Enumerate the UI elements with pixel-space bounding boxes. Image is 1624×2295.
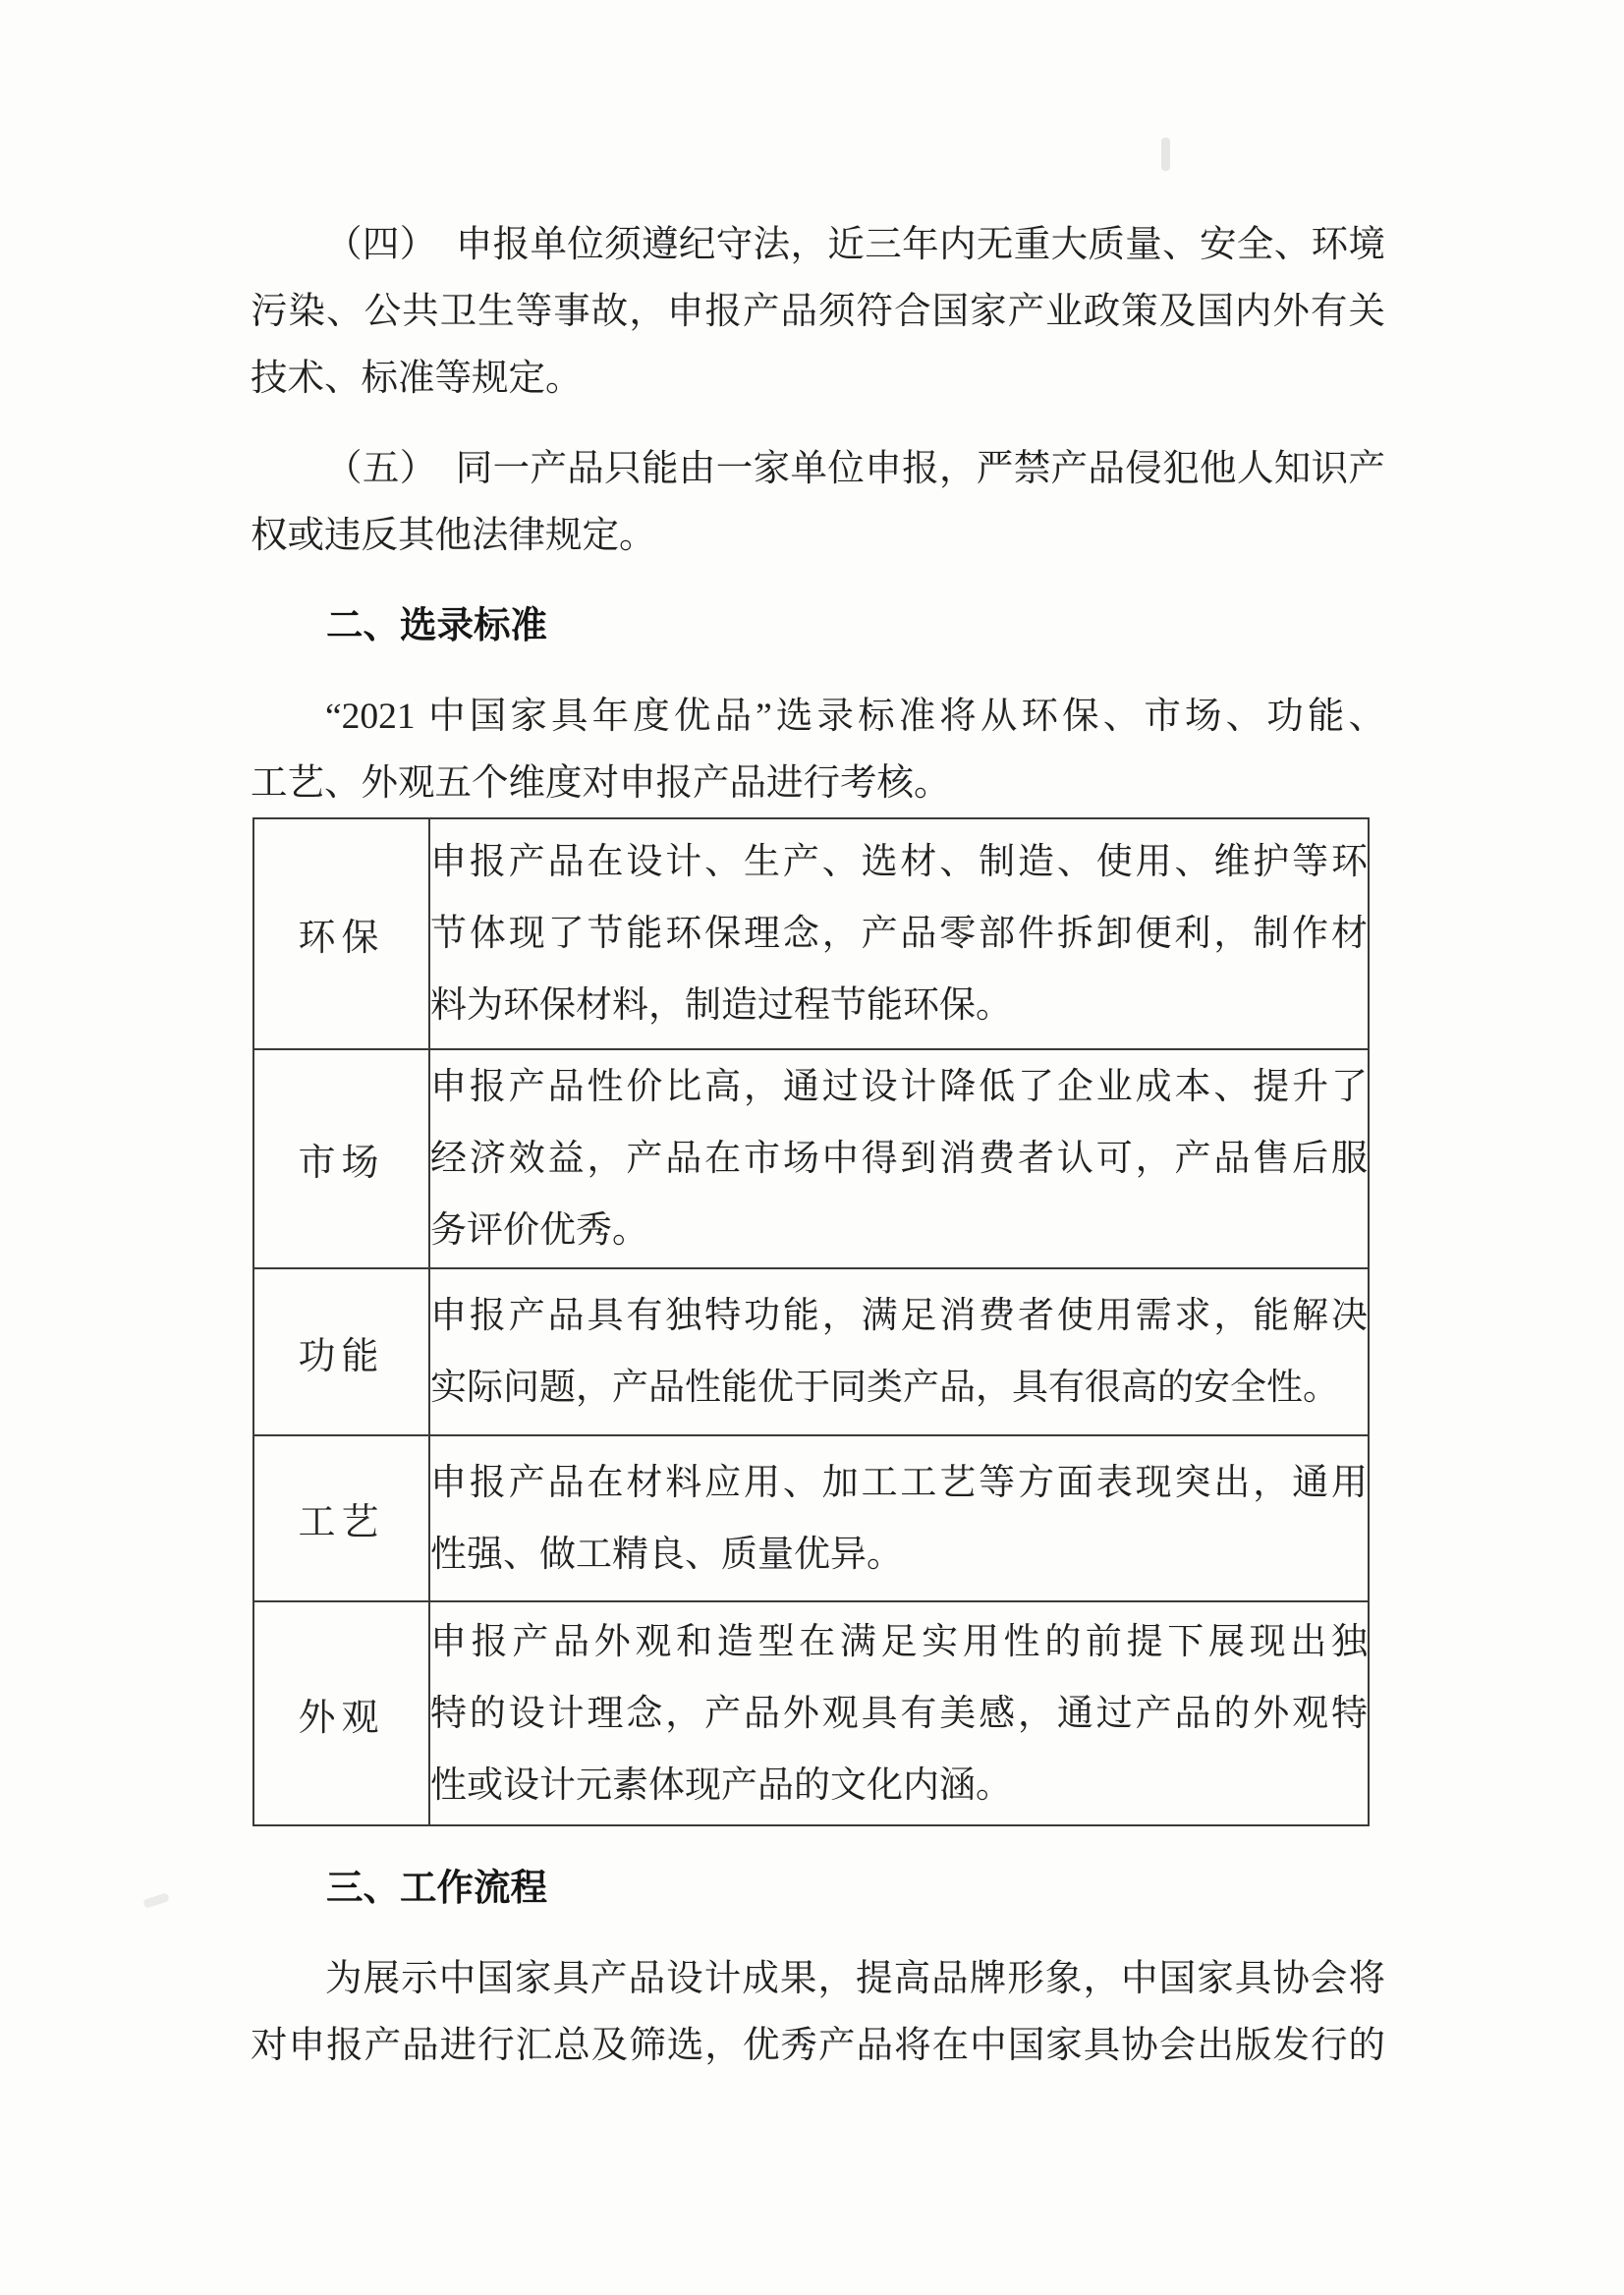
text-line: 污染、公共卫生等事故，申报产品须符合国家产业政策及国内外有关	[251, 279, 1385, 346]
cell-line: 经济效益，产品在市场中得到消费者认可，产品售后服	[430, 1123, 1368, 1195]
criteria-label-cell: 环保	[253, 818, 429, 1049]
section-heading-criteria: 二、选录标准	[251, 593, 1385, 660]
paragraph-workflow: 为展示中国家具产品设计成果，提高品牌形象，中国家具协会将 对申报产品进行汇总及筛…	[251, 1946, 1385, 2080]
cell-line: 性或设计元素体现产品的文化内涵。	[430, 1750, 1368, 1821]
table-row-market: 市场 申报产品性价比高，通过设计降低了企业成本、提升了 经济效益，产品在市场中得…	[253, 1049, 1369, 1268]
criteria-label-cell: 功能	[253, 1268, 429, 1435]
text-line: 对申报产品进行汇总及筛选，优秀产品将在中国家具协会出版发行的	[251, 2013, 1385, 2080]
scan-artifact	[1161, 138, 1170, 171]
text-line: 为展示中国家具产品设计成果，提高品牌形象，中国家具协会将	[251, 1946, 1385, 2013]
table-row-function: 功能 申报产品具有独特功能，满足消费者使用需求，能解决 实际问题，产品性能优于同…	[253, 1268, 1369, 1435]
criteria-label-cell: 工艺	[253, 1435, 429, 1601]
paragraph-item-four: （四） 申报单位须遵纪守法，近三年内无重大质量、安全、环境 污染、公共卫生等事故…	[251, 212, 1385, 413]
text-line: （五） 同一产品只能由一家单位申报，严禁产品侵犯他人知识产	[251, 436, 1385, 503]
section-heading-workflow: 三、工作流程	[251, 1856, 1385, 1923]
text-line: 权或违反其他法律规定。	[251, 503, 1385, 570]
text-line: （四） 申报单位须遵纪守法，近三年内无重大质量、安全、环境	[251, 212, 1385, 279]
cell-line: 申报产品在设计、生产、选材、制造、使用、维护等环	[430, 826, 1368, 898]
cell-line: 申报产品在材料应用、加工工艺等方面表现突出，通用	[430, 1447, 1368, 1519]
criteria-description-cell: 申报产品性价比高，通过设计降低了企业成本、提升了 经济效益，产品在市场中得到消费…	[429, 1049, 1369, 1268]
table-row-environment: 环保 申报产品在设计、生产、选材、制造、使用、维护等环 节体现了节能环保理念，产…	[253, 818, 1369, 1049]
cell-line: 料为环保材料，制造过程节能环保。	[430, 970, 1368, 1041]
cell-line: 实际问题，产品性能优于同类产品，具有很高的安全性。	[430, 1352, 1368, 1424]
paragraph-item-five: （五） 同一产品只能由一家单位申报，严禁产品侵犯他人知识产 权或违反其他法律规定…	[251, 436, 1385, 570]
cell-line: 申报产品外观和造型在满足实用性的前提下展现出独	[430, 1606, 1368, 1678]
cell-line: 申报产品性价比高，通过设计降低了企业成本、提升了	[430, 1051, 1368, 1123]
cell-line: 性强、做工精良、质量优异。	[430, 1519, 1368, 1591]
scan-artifact	[142, 1892, 170, 1909]
criteria-label-cell: 外观	[253, 1601, 429, 1825]
criteria-description-cell: 申报产品具有独特功能，满足消费者使用需求，能解决 实际问题，产品性能优于同类产品…	[429, 1268, 1369, 1435]
paragraph-criteria-intro: “2021 中国家具年度优品”选录标准将从环保、市场、功能、 工艺、外观五个维度…	[251, 684, 1385, 817]
cell-line: 申报产品具有独特功能，满足消费者使用需求，能解决	[430, 1280, 1368, 1352]
criteria-label-cell: 市场	[253, 1049, 429, 1268]
document-content: （四） 申报单位须遵纪守法，近三年内无重大质量、安全、环境 污染、公共卫生等事故…	[251, 212, 1385, 2103]
table-row-craft: 工艺 申报产品在材料应用、加工工艺等方面表现突出，通用 性强、做工精良、质量优异…	[253, 1435, 1369, 1601]
text-line: 工艺、外观五个维度对申报产品进行考核。	[251, 751, 1385, 817]
text-line: “2021 中国家具年度优品”选录标准将从环保、市场、功能、	[251, 684, 1385, 751]
criteria-description-cell: 申报产品在材料应用、加工工艺等方面表现突出，通用 性强、做工精良、质量优异。	[429, 1435, 1369, 1601]
cell-line: 特的设计理念，产品外观具有美感，通过产品的外观特	[430, 1678, 1368, 1750]
text-line: 技术、标准等规定。	[251, 346, 1385, 413]
cell-line: 务评价优秀。	[430, 1195, 1368, 1266]
criteria-description-cell: 申报产品在设计、生产、选材、制造、使用、维护等环 节体现了节能环保理念，产品零部…	[429, 818, 1369, 1049]
table-row-appearance: 外观 申报产品外观和造型在满足实用性的前提下展现出独 特的设计理念，产品外观具有…	[253, 1601, 1369, 1825]
document-page: （四） 申报单位须遵纪守法，近三年内无重大质量、安全、环境 污染、公共卫生等事故…	[0, 0, 1624, 2295]
cell-line: 节体现了节能环保理念，产品零部件拆卸便利，制作材	[430, 898, 1368, 970]
criteria-description-cell: 申报产品外观和造型在满足实用性的前提下展现出独 特的设计理念，产品外观具有美感，…	[429, 1601, 1369, 1825]
criteria-table: 环保 申报产品在设计、生产、选材、制造、使用、维护等环 节体现了节能环保理念，产…	[252, 817, 1370, 1826]
